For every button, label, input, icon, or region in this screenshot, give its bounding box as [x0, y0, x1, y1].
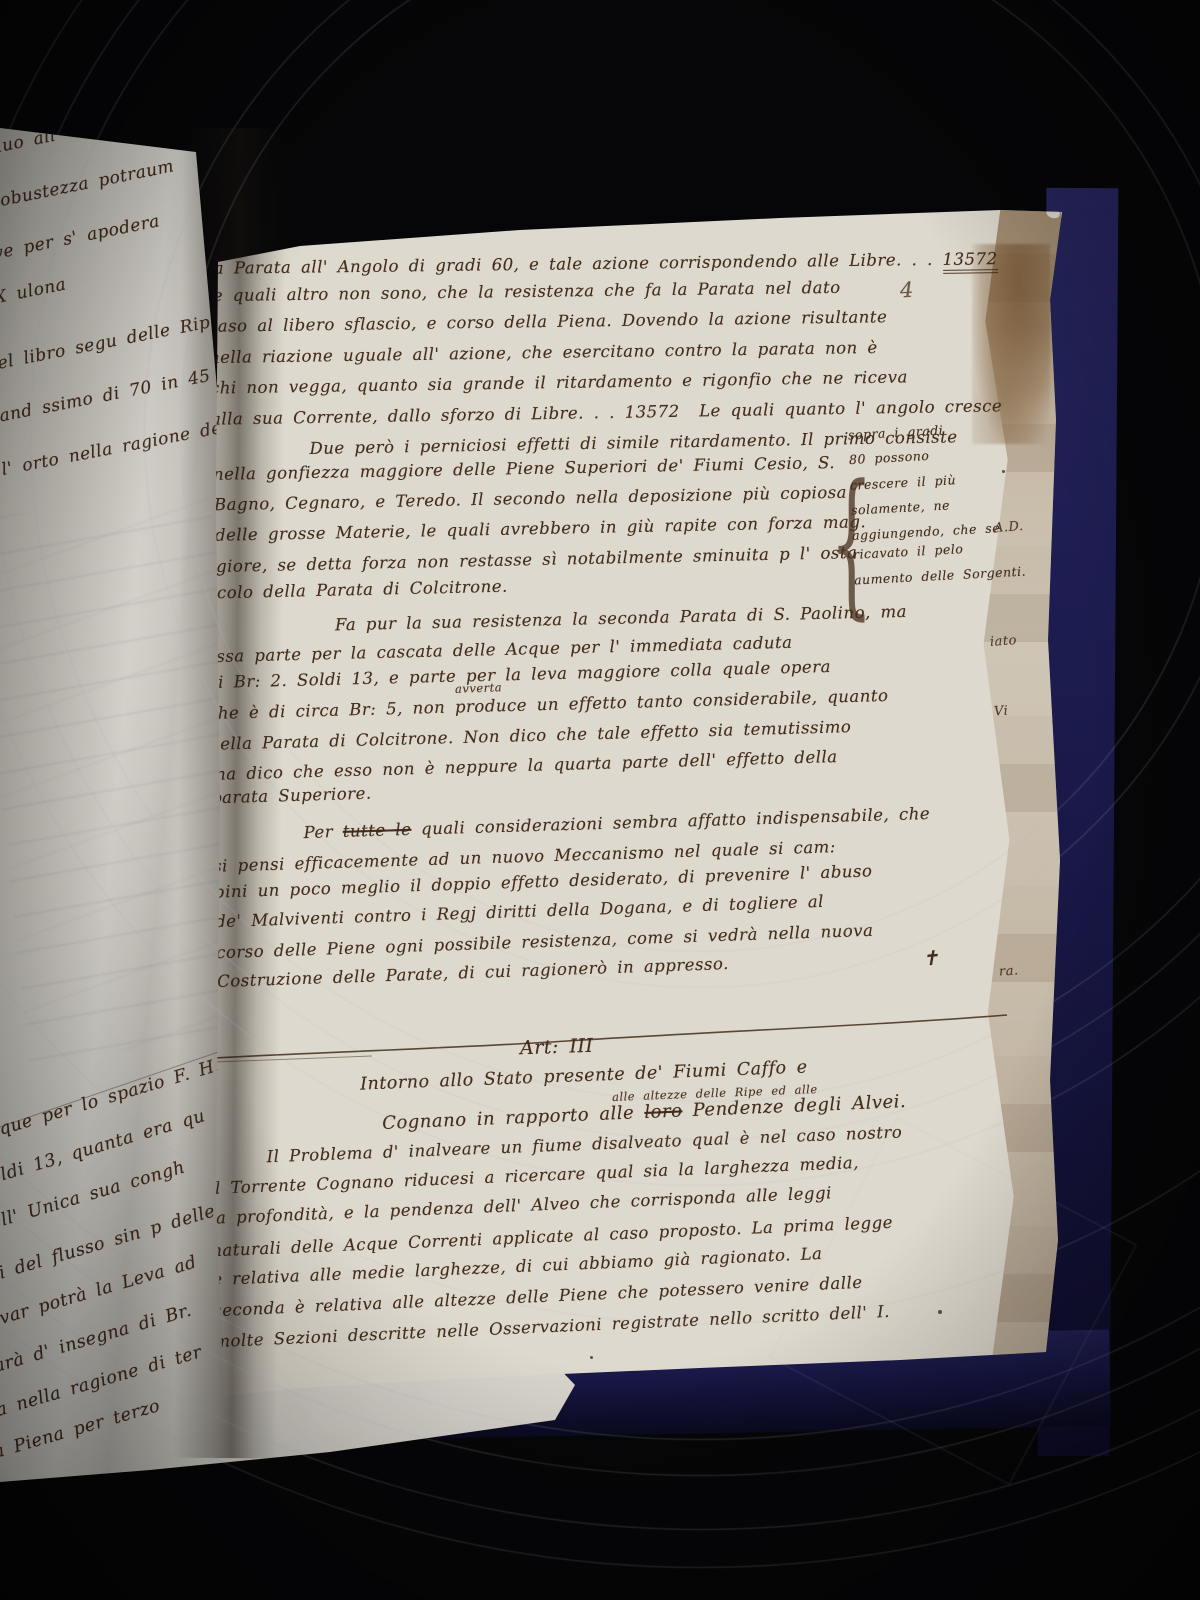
ink-speck: [938, 1310, 942, 1314]
margin-note-line: 80 possono: [849, 448, 930, 467]
left-page-line: ve per s' apodera: [0, 211, 162, 264]
body-line: che è di circa Br: 5, non produce un eff…: [208, 686, 889, 723]
struck-word: loro: [644, 1100, 683, 1123]
paragraph-end-mark: ✝: [921, 945, 940, 970]
margin-note-line: aggiungendo, che se: [852, 521, 1001, 544]
left-page-line: l' orto nella ragione dell: [0, 416, 235, 480]
left-page-line: and ssimo di 70 in 45: [0, 365, 212, 426]
body-line: nella Parata di Colcitrone. Non dico che…: [209, 717, 852, 754]
left-page-line: el libro segu delle Rip: [0, 312, 212, 373]
interline-insertion: avverta: [455, 680, 503, 696]
body-line: colo della Parata di Colcitrone.: [217, 576, 508, 602]
left-page-line: mg: [0, 1042, 1, 1069]
body-line-text: quali considerazioni sembra affatto indi…: [411, 804, 930, 839]
body-line: ma dico che esso non è neppure la quarta…: [210, 747, 838, 784]
body-line: parata Superiore.: [211, 784, 372, 808]
body-line: giore, se detta forza non restasse sì no…: [216, 543, 858, 576]
ink-speck: [590, 1356, 593, 1359]
edge-fragment: iato: [990, 633, 1018, 650]
ink-speck: [1002, 470, 1005, 473]
edge-fragment: Vi: [993, 704, 1008, 720]
page-number: 4: [899, 278, 914, 303]
left-page-line: X ulona: [0, 275, 68, 309]
left-page-line: fiuo all' inferiore: [0, 106, 150, 158]
underlined-number: 13572: [942, 249, 997, 274]
section-divider-rule: [212, 1000, 1012, 1070]
body-line: Fa pur la sua resistenza la seconda Para…: [218, 602, 907, 637]
body-line: delle grosse Materie, le quali avrebbero…: [215, 512, 867, 545]
body-line: Bagno, Cegnaro, e Teredo. Il secondo nel…: [214, 483, 847, 515]
edge-fragment: A.D.: [994, 519, 1025, 536]
body-line: caso al libero sflascio, e corso della P…: [208, 307, 887, 336]
left-page-line: robustezza potraum: [0, 157, 176, 213]
subheading-text: Cognano in rapporto alle: [382, 1102, 645, 1134]
body-line-text: Per: [206, 822, 343, 845]
body-line-first: la Parata all' Angolo di gradi 60, e tal…: [208, 249, 998, 278]
article-heading: Art: III: [520, 1035, 594, 1060]
body-line-first-text: la Parata all' Angolo di gradi 60, e tal…: [208, 250, 943, 278]
struck-word: tutte le: [343, 820, 412, 841]
body-line: alla sua Corrente, dallo sforzo di Libre…: [211, 396, 1002, 428]
body-line: chi non vegga, quanto sia grande il rita…: [210, 367, 908, 397]
edge-fragment: ra.: [999, 963, 1020, 979]
manuscript-photo: fiuo all' inferiorerobustezza potraumve …: [0, 0, 1200, 1600]
body-line: le quali altro non sono, che la resisten…: [207, 278, 841, 305]
body-line: nella riazione uguale all' azione, che e…: [209, 337, 878, 366]
